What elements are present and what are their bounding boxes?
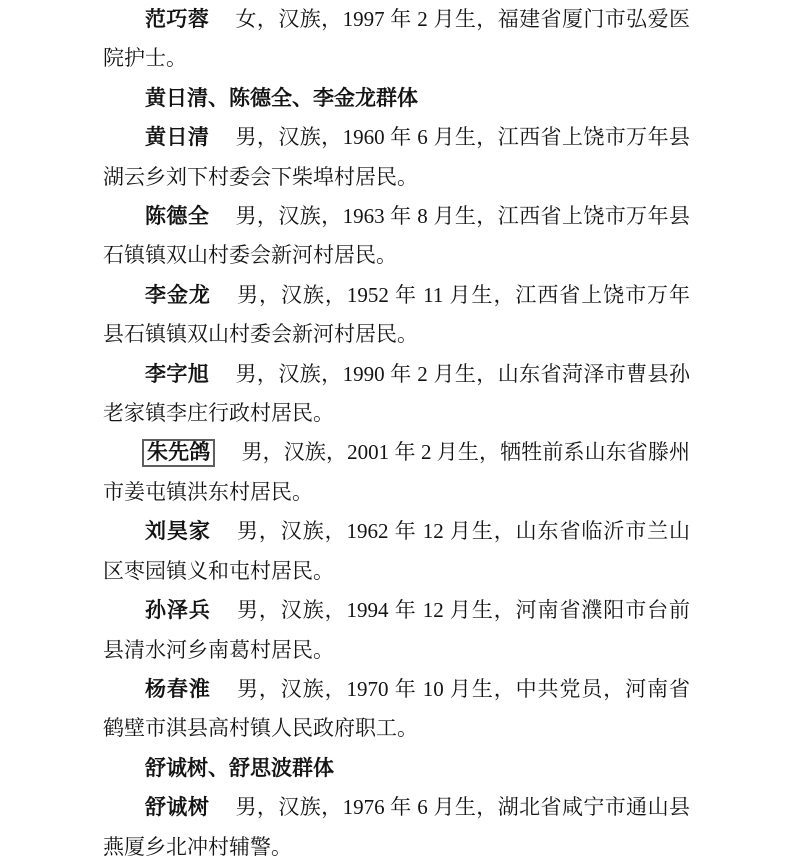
person-entry: 范巧蓉女，汉族，1997 年 2 月生，福建省厦门市弘爱医院护士。 bbox=[103, 0, 690, 79]
person-entry: 朱先鸽男，汉族，2001 年 2 月生，牺牲前系山东省滕州市姜屯镇洪东村居民。 bbox=[103, 433, 690, 512]
person-entry: 李字旭男，汉族，1990 年 2 月生，山东省菏泽市曹县孙老家镇李庄行政村居民。 bbox=[103, 355, 690, 434]
person-name: 李字旭 bbox=[145, 363, 209, 386]
person-name: 范巧蓉 bbox=[145, 8, 209, 31]
person-entry: 李金龙男，汉族，1952 年 11 月生，江西省上饶市万年县石镇镇双山村委会新河… bbox=[103, 276, 690, 355]
person-name: 孙泽兵 bbox=[145, 599, 211, 622]
person-entry: 刘昊家男，汉族，1962 年 12 月生，山东省临沂市兰山区枣园镇义和屯村居民。 bbox=[103, 512, 690, 591]
person-entry: 舒诚树男，汉族，1976 年 6 月生，湖北省咸宁市通山县燕厦乡北冲村辅警。 bbox=[103, 788, 690, 867]
document-page: 范巧蓉女，汉族，1997 年 2 月生，福建省厦门市弘爱医院护士。黄日清、陈德全… bbox=[0, 0, 793, 867]
person-entry: 陈德全男，汉族，1963 年 8 月生，江西省上饶市万年县石镇镇双山村委会新河村… bbox=[103, 197, 690, 276]
person-name: 李金龙 bbox=[145, 284, 211, 307]
person-entry: 杨春淮男，汉族，1970 年 10 月生，中共党员，河南省鹤壁市淇县高村镇人民政… bbox=[103, 670, 690, 749]
person-name-boxed: 朱先鸽 bbox=[142, 439, 215, 467]
group-heading: 舒诚树、舒思波群体 bbox=[103, 749, 690, 788]
group-heading: 黄日清、陈德全、李金龙群体 bbox=[103, 79, 690, 118]
person-name: 刘昊家 bbox=[145, 520, 211, 543]
person-entry: 黄日清男，汉族，1960 年 6 月生，江西省上饶市万年县湖云乡刘下村委会下柴埠… bbox=[103, 118, 690, 197]
person-name: 黄日清 bbox=[145, 126, 209, 149]
person-name: 舒诚树 bbox=[145, 796, 209, 819]
person-entry: 孙泽兵男，汉族，1994 年 12 月生，河南省濮阳市台前县清水河乡南葛村居民。 bbox=[103, 591, 690, 670]
person-name: 陈德全 bbox=[145, 205, 209, 228]
person-name: 杨春淮 bbox=[145, 678, 211, 701]
